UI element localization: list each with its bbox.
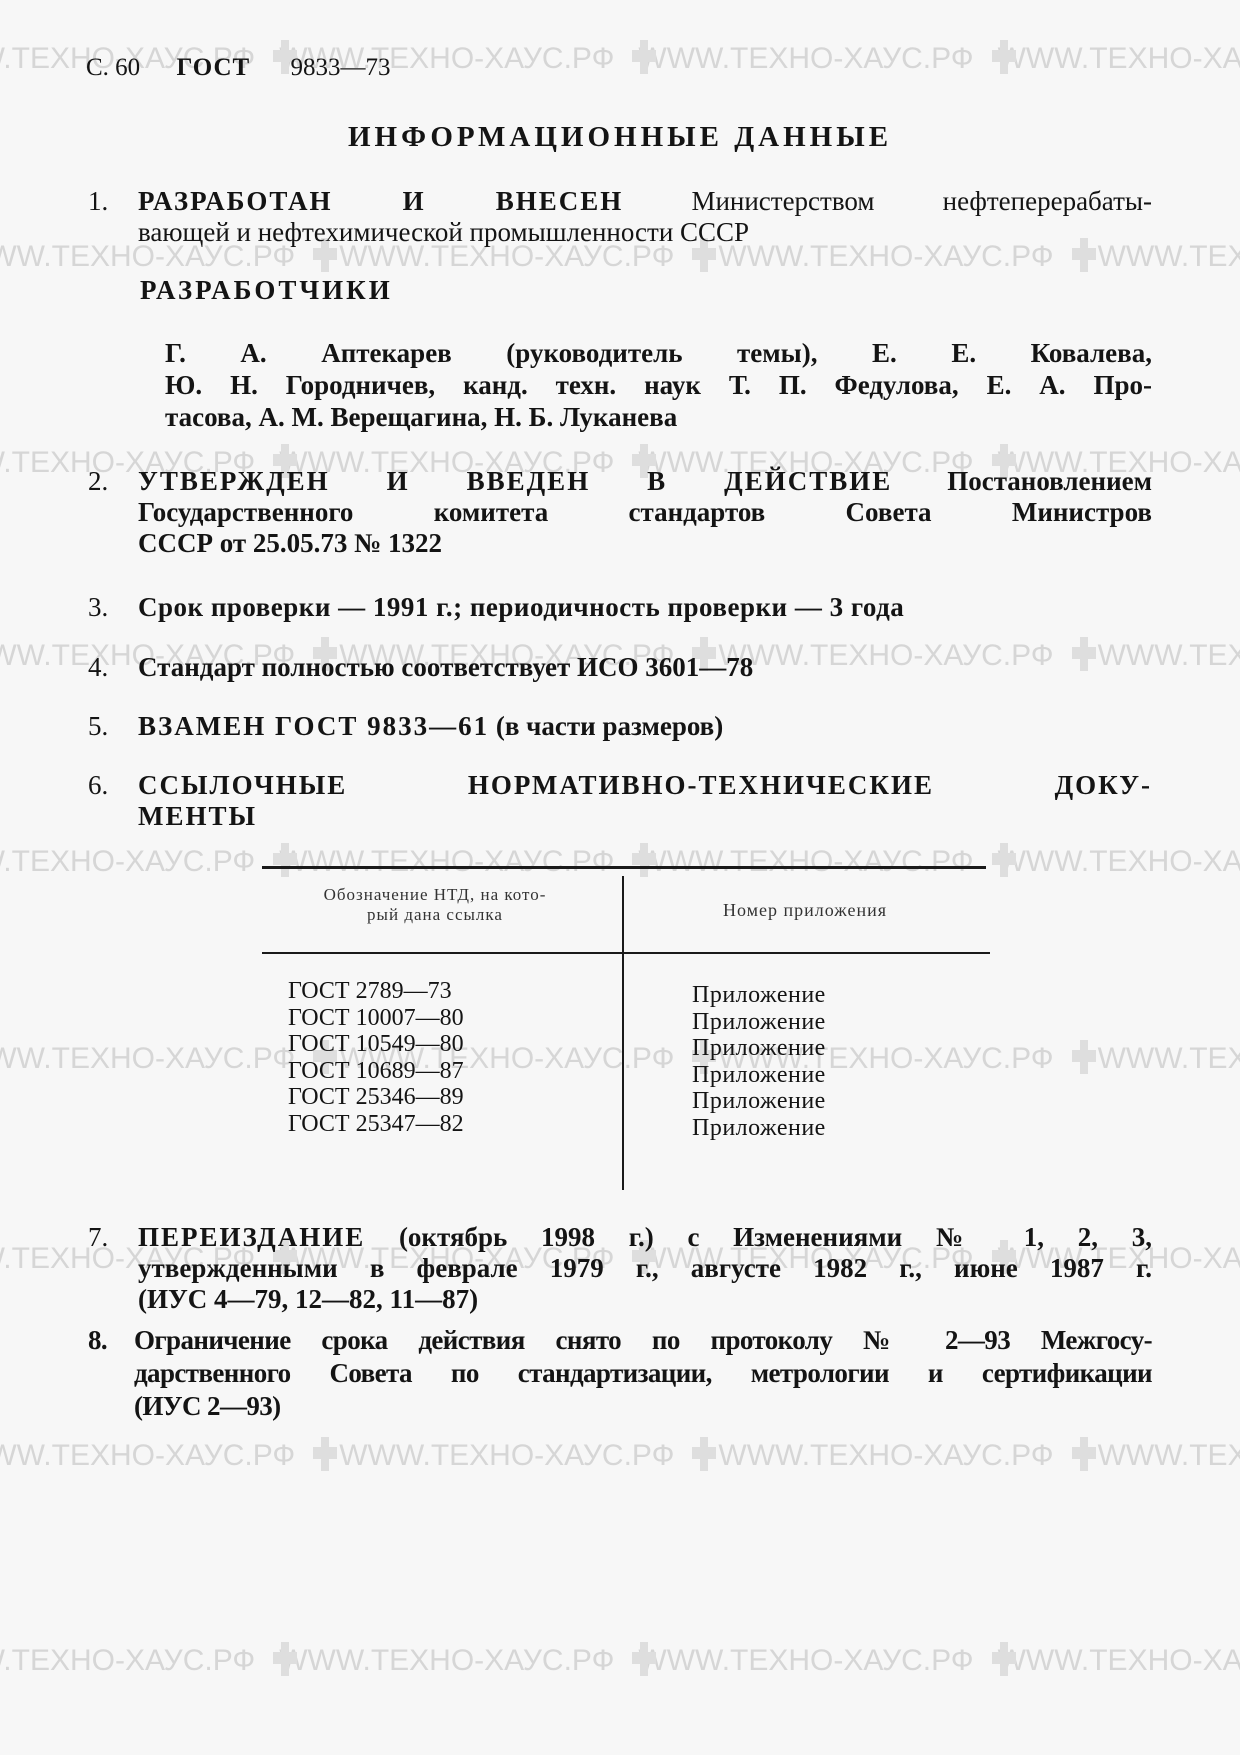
table-column-divider (622, 876, 624, 1190)
house-logo-icon (1072, 1437, 1096, 1471)
watermark-text: WWW.ТЕХНО-ХАУС.РФ (1118, 1042, 1240, 1076)
watermark-text: WWW.ТЕХНО-ХАУС.РФ (1038, 845, 1240, 879)
developers-line: Ю. Н. Городничев, канд. техн. наук Т. П.… (165, 369, 1152, 401)
item-number: 4. (88, 652, 108, 683)
item-lead: ПЕРЕИЗДАНИЕ (138, 1222, 365, 1252)
watermark-text: WWW.ТЕХНО-ХАУС.РФ (0, 1644, 255, 1678)
item-text: дарственного Совета по стандартизации, м… (134, 1357, 1152, 1390)
house-logo-icon (992, 40, 1016, 74)
item-8: 8. Ограничение срока действия снято по п… (88, 1324, 1152, 1423)
item-7: 7. ПЕРЕИЗДАНИЕ (октябрь 1998 г.) с Измен… (88, 1222, 1152, 1315)
house-logo-icon (1072, 1040, 1096, 1074)
table-cell: Приложение (692, 1115, 826, 1142)
table-cell: Приложение (692, 1035, 826, 1062)
watermark-text: WWW.ТЕХНО-ХАУС.РФ (0, 845, 255, 879)
table-cell: Приложение (692, 982, 826, 1009)
watermark-text: WWW.ТЕХНО-ХАУС.РФ (678, 845, 973, 879)
item-number: 8. (88, 1324, 107, 1357)
item-number: 1. (88, 186, 108, 217)
house-logo-icon (992, 1642, 1016, 1676)
table-header-appendix: Номер приложения (625, 900, 985, 921)
table-cell: ГОСТ 10689—87 (288, 1058, 464, 1085)
watermark-text: WWW.ТЕХНО-ХАУС.РФ (319, 1644, 614, 1678)
developers-label: РАЗРАБОТЧИКИ (140, 275, 393, 306)
item-1: 1. РАЗРАБОТАН И ВНЕСЕН Министерством неф… (88, 186, 1152, 248)
item-text: ССЫЛОЧНЫЕ НОРМАТИВНО-ТЕХНИЧЕСКИЕ ДОКУ- (138, 770, 1152, 801)
house-logo-icon (992, 843, 1016, 877)
watermark-text: WWW.ТЕХНО-ХАУС.РФ (0, 1439, 295, 1473)
item-6: 6. ССЫЛОЧНЫЕ НОРМАТИВНО-ТЕХНИЧЕСКИЕ ДОКУ… (88, 770, 1152, 832)
item-text: Постановлением (947, 466, 1152, 496)
item-text: (октябрь 1998 г.) с Изменениями № 1, 2, … (399, 1222, 1152, 1252)
watermark-text: WWW.ТЕХНО-ХАУС.РФ (0, 1042, 295, 1076)
item-number: 3. (88, 592, 108, 623)
item-text: Срок проверки — 1991 г.; периодичность п… (138, 592, 1152, 623)
watermark-text: WWW.ТЕХНО-ХАУС.РФ (1118, 1439, 1240, 1473)
table-cell: ГОСТ 2789—73 (288, 978, 464, 1005)
page-header: С. 60 ГОСТ 9833—73 (86, 54, 390, 82)
watermark-row: WWW.ТЕХНО-ХАУС.РФWWW.ТЕХНО-ХАУС.РФWWW.ТЕ… (0, 1437, 1240, 1477)
house-logo-icon (632, 40, 656, 74)
house-logo-icon (632, 843, 656, 877)
item-number: 5. (88, 711, 108, 742)
table-cell: ГОСТ 10007—80 (288, 1005, 464, 1032)
table-cell: ГОСТ 10549—80 (288, 1031, 464, 1058)
watermark-text: WWW.ТЕХНО-ХАУС.РФ (678, 1644, 973, 1678)
table-cell: Приложение (692, 1062, 826, 1089)
item-text: Стандарт полностью соответствует ИСО 360… (138, 652, 1152, 683)
item-text: Ограничение срока действия снято по прот… (134, 1324, 1152, 1357)
watermark-text: WWW.ТЕХНО-ХАУС.РФ (1038, 42, 1240, 76)
table-top-rule (262, 866, 986, 869)
watermark-text: WWW.ТЕХНО-ХАУС.РФ (319, 845, 614, 879)
watermark-text: WWW.ТЕХНО-ХАУС.РФ (359, 1439, 674, 1473)
item-text: (в части размеров) (496, 711, 723, 741)
standard-label: ГОСТ (176, 54, 250, 81)
item-text: (ИУС 4—79, 12—82, 11—87) (138, 1284, 1152, 1315)
item-lead: РАЗРАБОТАН И ВНЕСЕН (138, 186, 623, 216)
table-cell: ГОСТ 25347—82 (288, 1111, 464, 1138)
table-column-designation: ГОСТ 2789—73 ГОСТ 10007—80 ГОСТ 10549—80… (288, 978, 464, 1138)
item-2: 2. УТВЕРЖДЕН И ВВЕДЕН В ДЕЙСТВИЕ Постано… (88, 466, 1152, 559)
page-title: ИНФОРМАЦИОННЫЕ ДАННЫЕ (0, 121, 1240, 154)
item-text: Министерством нефтеперерабаты- (691, 186, 1152, 216)
watermark-row: WWW.ТЕХНО-ХАУС.РФWWW.ТЕХНО-ХАУС.РФWWW.ТЕ… (0, 843, 1240, 883)
watermark-text: WWW.ТЕХНО-ХАУС.РФ (738, 1439, 1053, 1473)
item-text: утвержденными в феврале 1979 г., августе… (138, 1253, 1152, 1284)
table-header-rule (262, 952, 990, 954)
item-text: вающей и нефтехимической промышленности … (138, 217, 1152, 248)
developers-line: Г. А. Аптекарев (руководитель темы), Е. … (165, 337, 1152, 369)
item-text: СССР от 25.05.73 № 1322 (138, 528, 1152, 559)
item-4: 4. Стандарт полностью соответствует ИСО … (88, 652, 1152, 683)
item-number: 2. (88, 466, 108, 497)
developers-list: Г. А. Аптекарев (руководитель темы), Е. … (165, 337, 1152, 433)
item-lead: УТВЕРЖДЕН И ВВЕДЕН В ДЕЙСТВИЕ (138, 466, 892, 496)
house-logo-icon (273, 843, 297, 877)
item-text: Государственного комитета стандартов Сов… (138, 497, 1152, 528)
watermark-row: WWW.ТЕХНО-ХАУС.РФWWW.ТЕХНО-ХАУС.РФWWW.ТЕ… (0, 1642, 1240, 1682)
house-logo-icon (313, 1437, 337, 1471)
table-cell: Приложение (692, 1088, 826, 1115)
item-5: 5. ВЗАМЕН ГОСТ 9833—61 (в части размеров… (88, 711, 1152, 742)
house-logo-icon (273, 1642, 297, 1676)
table-cell: Приложение (692, 1009, 826, 1036)
item-text: МЕНТЫ (138, 801, 1152, 832)
house-logo-icon (692, 1437, 716, 1471)
table-header-designation: Обозначение НТД, на кото- рый дана ссылк… (252, 885, 618, 925)
item-text: (ИУС 2—93) (134, 1390, 1152, 1423)
watermark-text: WWW.ТЕХНО-ХАУС.РФ (678, 42, 973, 76)
item-number: 6. (88, 770, 108, 801)
item-lead: ВЗАМЕН ГОСТ 9833—61 (138, 711, 489, 741)
page-number: С. 60 (86, 54, 140, 81)
house-logo-icon (632, 1642, 656, 1676)
item-3: 3. Срок проверки — 1991 г.; периодичност… (88, 592, 1152, 623)
table-cell: ГОСТ 25346—89 (288, 1084, 464, 1111)
watermark-row: WWW.ТЕХНО-ХАУС.РФWWW.ТЕХНО-ХАУС.РФWWW.ТЕ… (0, 1040, 1240, 1080)
developers-line: тасова, А. М. Верещагина, Н. Б. Луканева (165, 401, 1152, 433)
standard-number: 9833—73 (290, 54, 390, 81)
item-number: 7. (88, 1222, 108, 1253)
table-column-appendix: Приложение Приложение Приложение Приложе… (692, 982, 826, 1142)
watermark-text: WWW.ТЕХНО-ХАУС.РФ (1038, 1644, 1240, 1678)
